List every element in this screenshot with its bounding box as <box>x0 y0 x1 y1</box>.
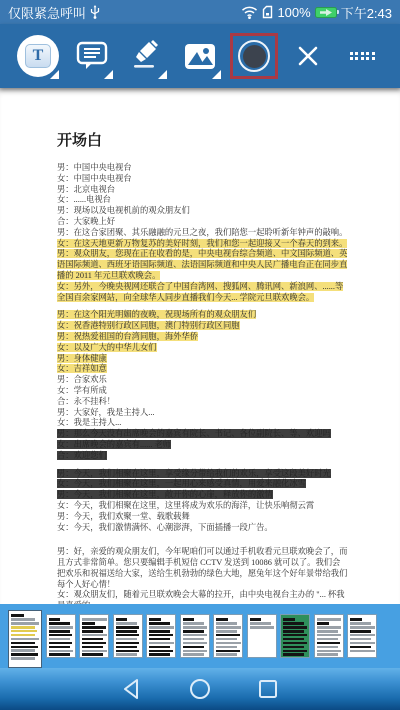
close-annotation-button[interactable] <box>284 32 332 80</box>
doc-line: 女：今天，我们激情满怀、心潮澎湃，下面插播一段广告。 <box>57 523 348 534</box>
shape-tool[interactable] <box>230 32 278 80</box>
text-annotation-tool[interactable]: T <box>14 32 62 80</box>
doc-line: 女：吉祥如意 <box>57 364 348 375</box>
doc-line: 女：学有所成 <box>57 386 348 397</box>
page-thumbnail[interactable] <box>314 614 344 658</box>
more-tools-button[interactable] <box>338 32 386 80</box>
doc-line: 合：永不挂科！ <box>57 397 348 408</box>
image-icon <box>184 43 216 70</box>
doc-line: 女：今天，我们相聚在这里，这里将成为欢乐的海洋，让快乐响彻云霄 <box>57 501 348 512</box>
doc-line: 女：出席晚会的嘉宾有...... 老师 <box>57 440 348 451</box>
doc-line: 女：......电视台 <box>57 195 348 206</box>
document-page[interactable]: 开场白 男：中国中央电视台女：中国中央电视台男：北京电视台女：......电视台… <box>0 88 400 604</box>
doc-line: 女：我是主持人... <box>57 418 348 429</box>
tool-options-triangle <box>212 70 221 79</box>
doc-line: 女：中国中央电视台 <box>57 174 348 185</box>
doc-line: 男：中国中央电视台 <box>57 163 348 174</box>
doc-line: 女：今天，我们相聚在这里，一起用心来感受真情，用爱来融化冰雪 <box>57 479 348 490</box>
android-navbar <box>0 668 400 710</box>
doc-line: 女：另外，今晚央视网还联合了中国台湾网、搜狐网、腾讯网、新浪网、......等全… <box>57 282 348 304</box>
highlight-tool[interactable] <box>122 32 170 80</box>
doc-line: 男：合家欢乐 <box>57 375 348 386</box>
shape-tool-focus-box <box>230 33 278 79</box>
doc-line: 男：在这合家团聚、其乐融融的元旦之夜，我们陪您一起聆听新年钟声的敲响。 <box>57 228 348 239</box>
doc-line: 男：今天，我们欢聚一堂、载歌载舞 <box>57 512 348 523</box>
battery-percent: 100% <box>277 5 310 20</box>
highlighter-icon <box>129 39 163 73</box>
page-thumbnail[interactable] <box>213 614 243 658</box>
doc-body: 男：中国中央电视台女：中国中央电视台男：北京电视台女：......电视台男：现场… <box>57 163 348 604</box>
page-thumbnail[interactable] <box>180 614 210 658</box>
back-icon <box>122 678 142 700</box>
wifi-icon <box>241 6 258 19</box>
page-thumbnail[interactable] <box>113 614 143 658</box>
doc-line: 男：大家好，我是主持人... <box>57 408 348 419</box>
back-button[interactable] <box>122 678 142 700</box>
grid-dots-icon <box>350 52 375 61</box>
doc-line: 合：欢迎您们 <box>57 451 348 462</box>
page-thumbnail[interactable] <box>146 614 176 658</box>
page-thumbnail[interactable] <box>280 614 310 658</box>
doc-line: 男：现场以及电视机前的观众朋友们 <box>57 206 348 217</box>
usb-icon <box>90 5 100 19</box>
tool-options-triangle <box>158 70 167 79</box>
close-icon <box>297 45 319 67</box>
doc-line: 男：今天，我们相聚在这里，享受缘分带给我们的欢乐，享受这段美好时光 <box>57 469 348 480</box>
doc-line: 女：祝香港特别行政区同胞，澳门特别行政区同胞 <box>57 321 348 332</box>
home-button[interactable] <box>189 678 211 700</box>
carrier-text: 仅限紧急呼叫 <box>8 3 86 22</box>
image-tool[interactable] <box>176 32 224 80</box>
recents-button[interactable] <box>258 679 278 699</box>
doc-line: 男：北京电视台 <box>57 185 348 196</box>
comment-bubble-icon <box>76 41 108 71</box>
sim-card-icon <box>262 5 273 19</box>
page-thumbnail[interactable] <box>247 614 277 658</box>
battery-charging-icon <box>315 7 337 18</box>
doc-line: 男：观众朋友，您现在正在收看的是，中央电视台综合频道、中文国际频道、英语国际频道… <box>57 249 348 281</box>
tool-options-triangle <box>104 70 113 79</box>
doc-line: 合：大家晚上好 <box>57 217 348 228</box>
page-thumbnails-strip[interactable] <box>0 604 400 668</box>
status-bar: 仅限紧急呼叫 <box>0 0 400 24</box>
page-thumbnail-selected[interactable] <box>8 610 42 668</box>
comment-tool[interactable] <box>68 32 116 80</box>
home-icon <box>189 678 211 700</box>
doc-line: 男：今天，我们相聚在这里，敞开你的心扉，释放你的激情 <box>57 490 348 501</box>
clock: 下午2:43 <box>341 3 392 22</box>
doc-line: 女：在这天地更新万物复苏的美好时刻，我们和您一起迎接又一个春天的到来。 <box>57 239 348 250</box>
doc-title: 开场白 <box>57 132 348 150</box>
doc-line: 男：那么今天没有出席晚会的嘉宾有院长、书记、各位副院长、等、欢迎吗 <box>57 429 348 440</box>
doc-line: 女：以及广大的中华儿女们 <box>57 343 348 354</box>
tool-options-triangle <box>50 70 59 79</box>
annotation-toolbar: T <box>0 24 400 88</box>
recents-icon <box>258 679 278 699</box>
doc-line: 男：在这个阳光明媚的夜晚，祝现场所有的观众朋友们 <box>57 310 348 321</box>
screen: 仅限紧急呼叫 <box>0 0 400 710</box>
page-thumbnail[interactable] <box>79 614 109 658</box>
doc-line: 男：祝热爱祖国的台湾同胞，海外华侨 <box>57 332 348 343</box>
doc-line: 女：观众朋友们，随着元旦联欢晚会大幕的拉开，由中央电视台主办的 "... 杯我最… <box>57 590 348 604</box>
doc-line: 男：身体健康 <box>57 354 348 365</box>
doc-line: 男：好，亲爱的观众朋友们，今年呢咱们可以通过手机收看元旦联欢晚会了，而且方式非常… <box>57 547 348 590</box>
page-thumbnail[interactable] <box>347 614 377 658</box>
page-thumbnail[interactable] <box>46 614 76 658</box>
